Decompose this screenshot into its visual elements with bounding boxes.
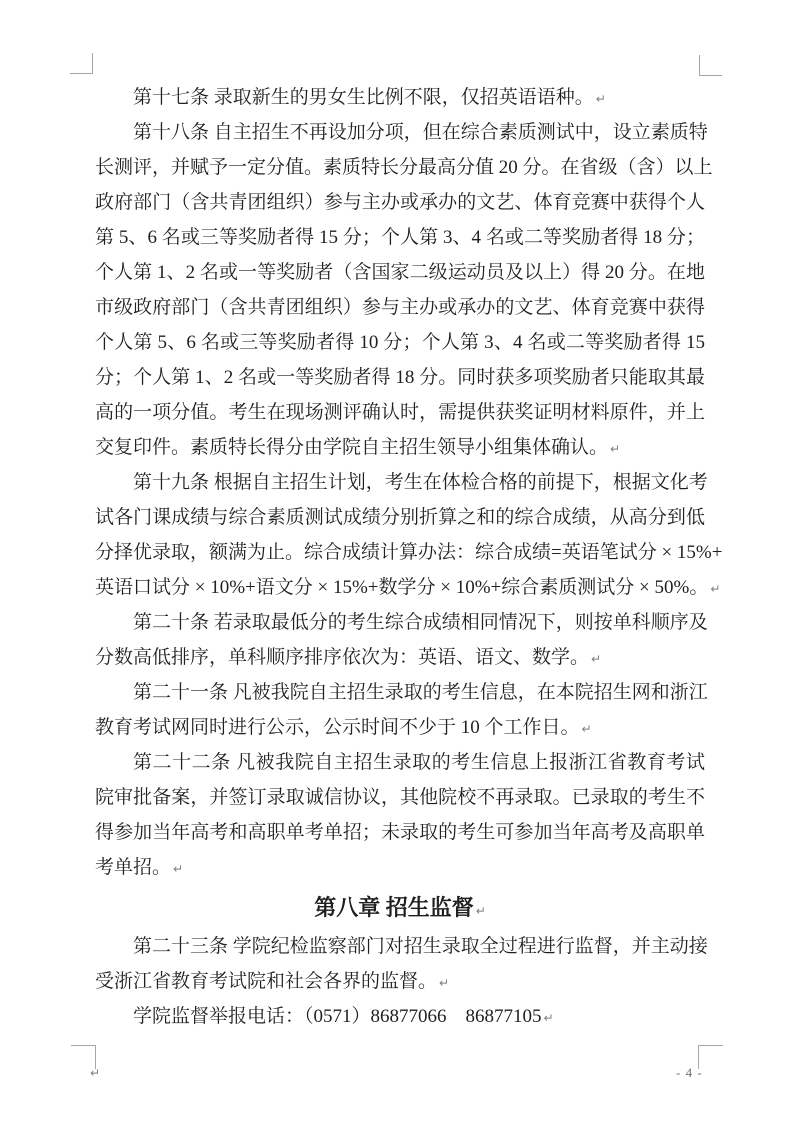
footer-paragraph-mark: ↵ (90, 1066, 100, 1080)
article-18-line-1: 第十八条 自主招生不再设加分项，但在综合素质测试中，设立素质特 (95, 115, 705, 150)
paragraph-mark: ↵ (710, 582, 720, 596)
article-18-line-10: 交复印件。素质特长得分由学院自主招生领导小组集体确认。↵ (95, 430, 705, 465)
article-23-line-1: 第二十三条 学院纪检监察部门对招生录取全过程进行监督，并主动接 (95, 929, 705, 964)
article-22-line-4: 考单招。↵ (95, 850, 705, 885)
article-18-line-9: 高的一项分值。考生在现场测评确认时，需提供获奖证明材料原件，并上 (95, 395, 705, 430)
article-19-line-2: 试各门课成绩与综合素质测试成绩分别折算之和的综合成绩，从高分到低 (95, 500, 705, 535)
crop-mark-top-left (70, 53, 93, 74)
paragraph-mark: ↵ (610, 442, 620, 456)
paragraph-mark: ↵ (596, 92, 606, 106)
article-23-line-2: 受浙江省教育考试院和社会各界的监督。↵ (95, 964, 705, 999)
article-18-line-7: 个人第 5、6 名或三等奖励者得 10 分；个人第 3、4 名或二等奖励者得 1… (95, 325, 705, 360)
article-21-line-2: 教育考试网同时进行公示，公示时间不少于 10 个工作日。↵ (95, 710, 705, 745)
supervision-phone-text: 学院监督举报电话：（0571）86877066 86877105 (133, 1006, 542, 1027)
document-body: 第十七条 录取新生的男女生比例不限，仅招英语语种。↵ 第十八条 自主招生不再设加… (95, 80, 705, 1034)
article-18-line-3: 政府部门（含共青团组织）参与主办或承办的文艺、体育竞赛中获得个人 (95, 185, 705, 220)
paragraph-mark: ↵ (439, 976, 449, 990)
article-22-line-2: 院审批备案，并签订录取诚信协议，其他院校不再录取。已录取的考生不 (95, 780, 705, 815)
supervision-phone-line: 学院监督举报电话：（0571）86877066 86877105↵ (95, 999, 705, 1034)
article-19-line-3: 分择优录取，额满为止。综合成绩计算办法：综合成绩=英语笔试分 × 15%+ (95, 535, 705, 570)
article-17-line-1: 第十七条 录取新生的男女生比例不限，仅招英语语种。↵ (95, 80, 705, 115)
paragraph-mark: ↵ (582, 722, 592, 736)
article-18-line-4: 第 5、6 名或三等奖励者得 15 分；个人第 3、4 名或二等奖励者得 18 … (95, 220, 705, 255)
article-20-line-1: 第二十条 若录取最低分的考生综合成绩相同情况下，则按单科顺序及 (95, 605, 705, 640)
article-22-line-3: 得参加当年高考和高职单考单招；未录取的考生可参加当年高考及高职单 (95, 815, 705, 850)
article-18-line-8: 分；个人第 1、2 名或一等奖励者得 18 分。同时获多项奖励者只能取其最 (95, 360, 705, 395)
article-17-text: 第十七条 录取新生的男女生比例不限，仅招英语语种。 (133, 87, 594, 108)
article-20-line-2: 分数高低排序，单科顺序排序依次为：英语、语文、数学。↵ (95, 640, 705, 675)
article-19-line-4: 英语口试分 × 10%+语文分 × 15%+数学分 × 10%+综合素质测试分 … (95, 570, 705, 605)
paragraph-mark: ↵ (173, 862, 183, 876)
paragraph-mark: ↵ (591, 652, 601, 666)
article-18-line-6: 市级政府部门（含共青团组织）参与主办或承办的文艺、体育竞赛中获得 (95, 290, 705, 325)
article-19-line-1: 第十九条 根据自主招生计划，考生在体检合格的前提下，根据文化考 (95, 465, 705, 500)
crop-mark-top-right (699, 55, 722, 76)
chapter-8-title: 第八章 招生监督 (314, 895, 474, 920)
article-18-line-2: 长测评，并赋予一定分值。素质特长分最高分值 20 分。在省级（含）以上 (95, 150, 705, 185)
article-18-line-5: 个人第 1、2 名或一等奖励者（含国家二级运动员及以上）得 20 分。在地 (95, 255, 705, 290)
document-page: 第十七条 录取新生的男女生比例不限，仅招英语语种。↵ 第十八条 自主招生不再设加… (0, 0, 796, 1134)
page-number: - 4 - (676, 1065, 703, 1081)
paragraph-mark: ↵ (476, 904, 486, 918)
paragraph-mark: ↵ (544, 1011, 554, 1025)
chapter-8-heading: 第八章 招生监督↵ (95, 885, 705, 929)
article-21-line-1: 第二十一条 凡被我院自主招生录取的考生信息，在本院招生网和浙江 (95, 675, 705, 710)
article-22-line-1: 第二十二条 凡被我院自主招生录取的考生信息上报浙江省教育考试 (95, 745, 705, 780)
